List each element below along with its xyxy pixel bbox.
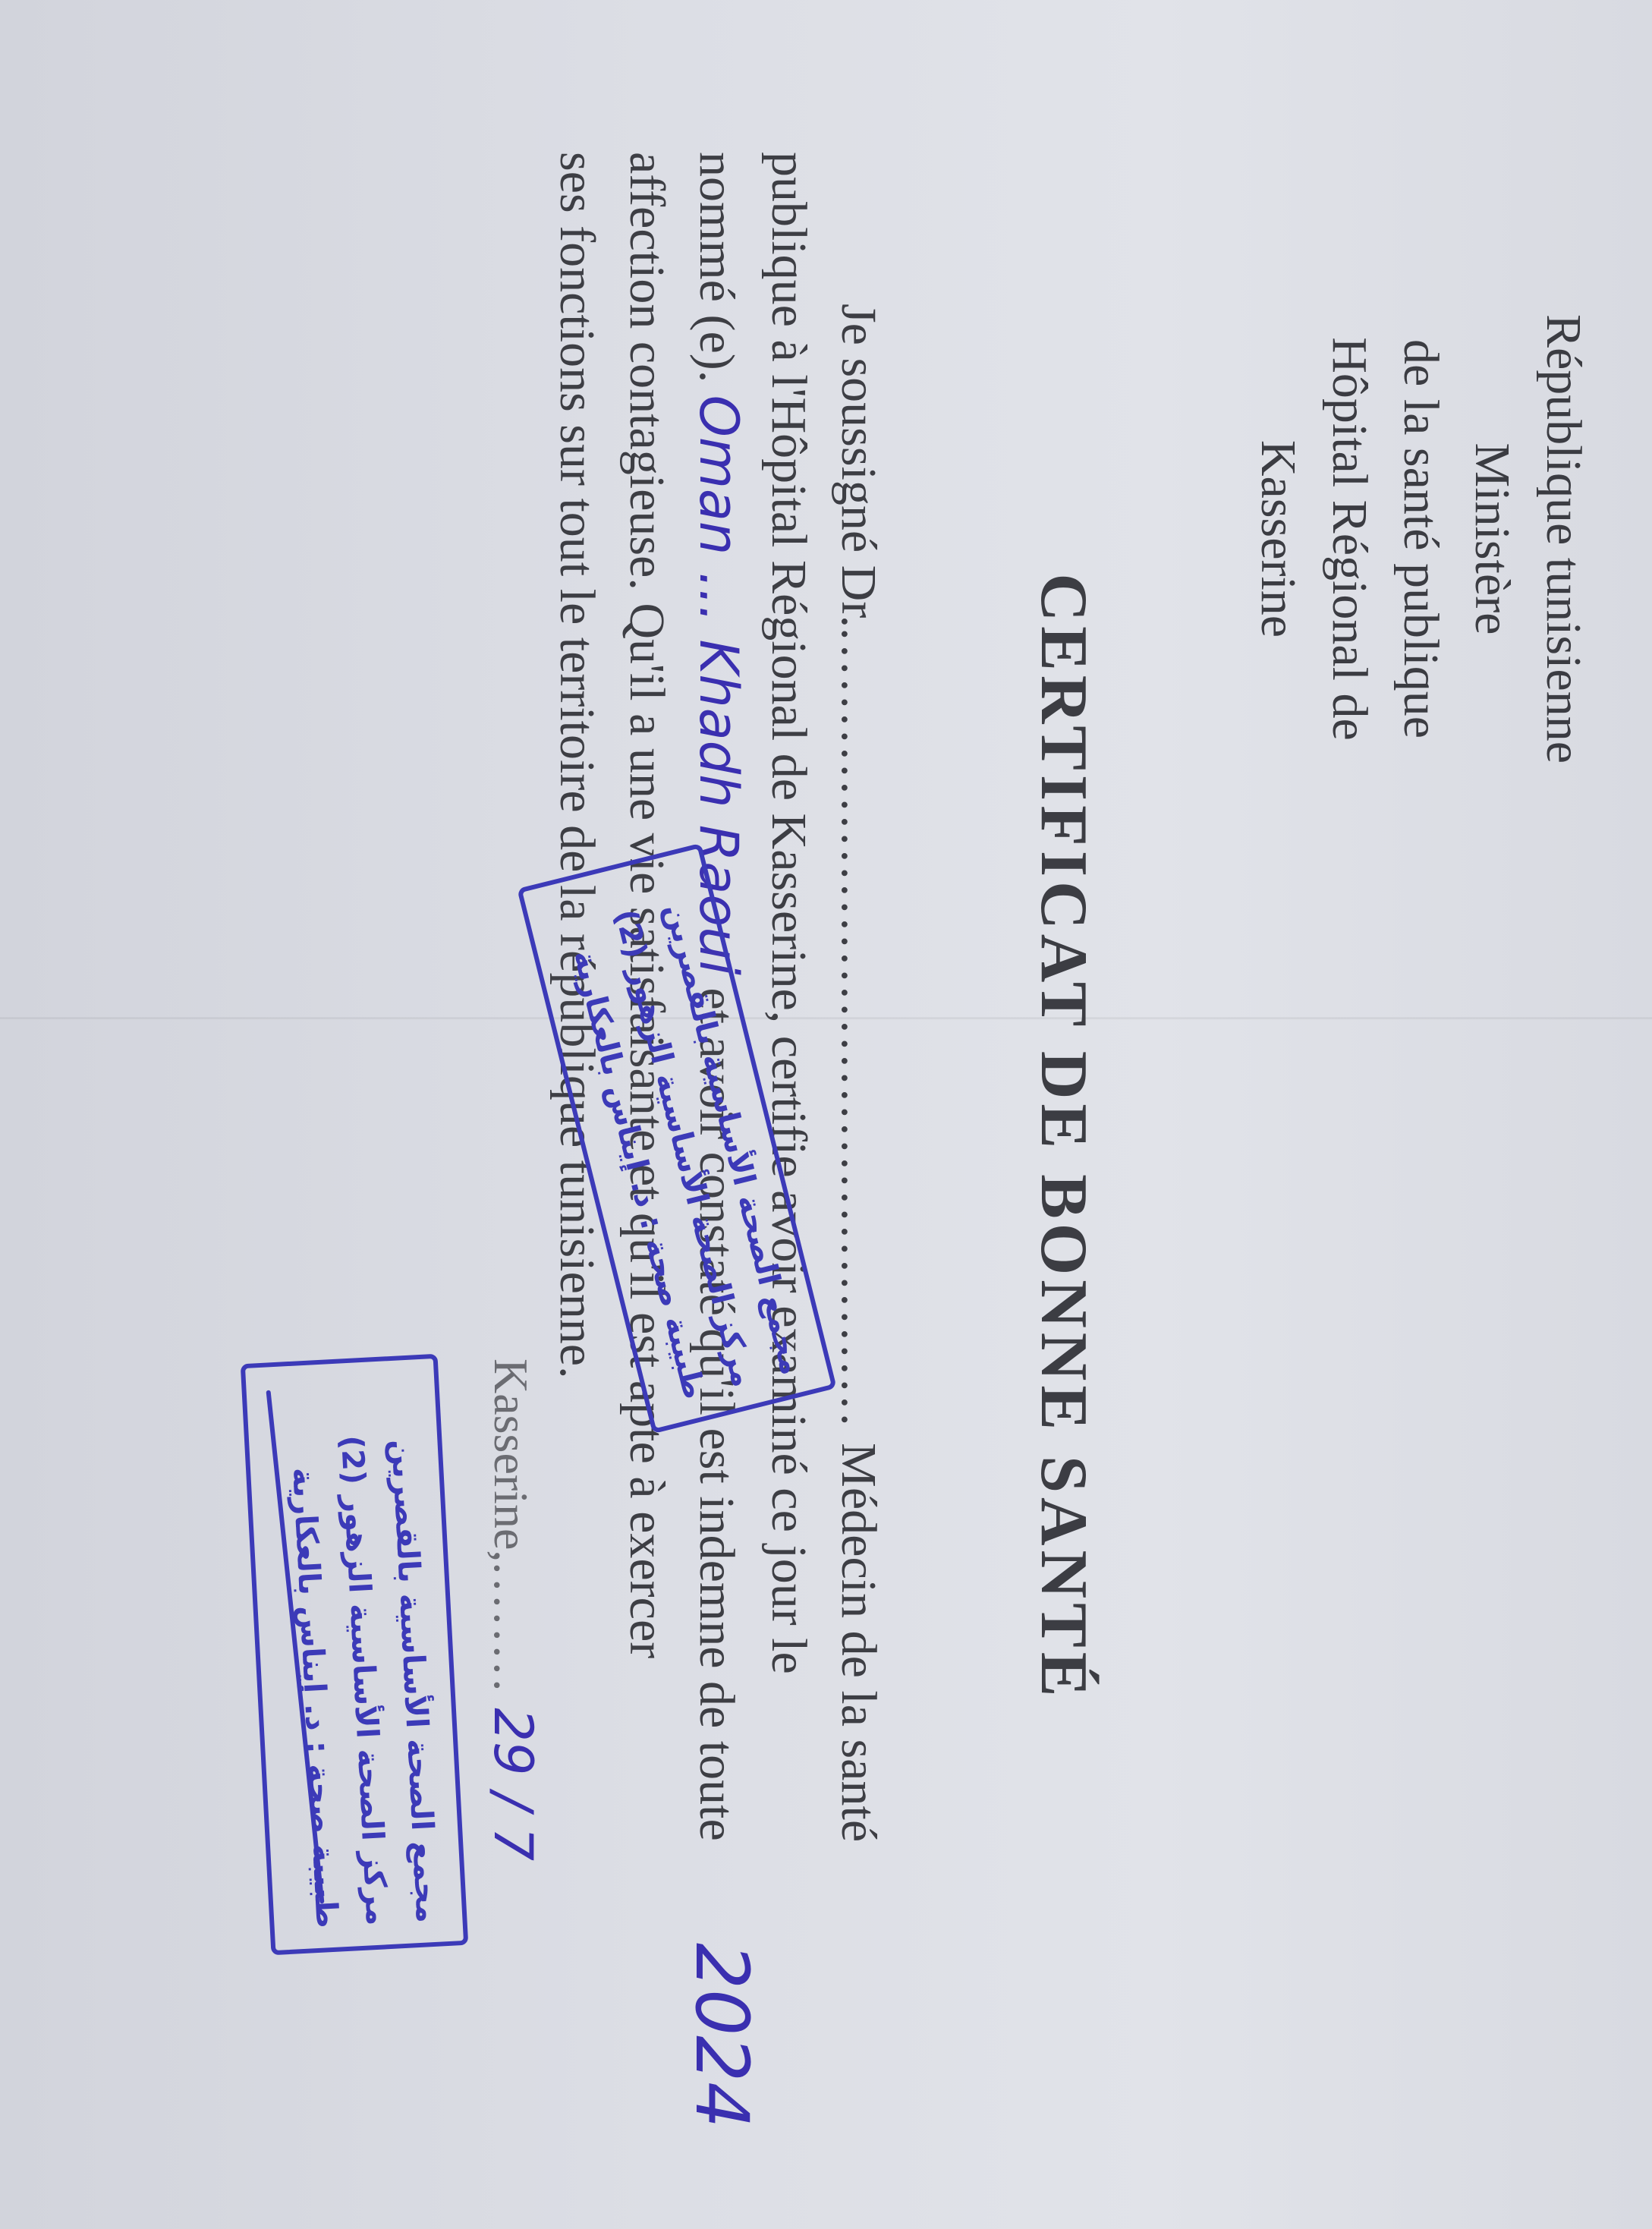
body-line: Je soussigné Dr.........................…	[823, 152, 893, 2102]
letterhead: République tunisienne Ministère de la sa…	[1242, 197, 1599, 880]
date-line: Kasserine,........ 29 / 7	[482, 1358, 544, 1861]
letterhead-line: Kasserine	[1242, 197, 1314, 880]
letterhead-line: Ministère	[1456, 197, 1528, 880]
doctor-name-blank: ........................................…	[831, 628, 886, 1431]
doctor-label: Je soussigné Dr.	[831, 304, 886, 628]
letterhead-line: Hôpital Régional de	[1314, 197, 1385, 880]
certificate-page: République tunisienne Ministère de la sa…	[0, 0, 1652, 2229]
doctor-title: Médecin de la santé	[831, 1443, 886, 1842]
date-handwritten: 29 / 7	[482, 1708, 544, 1861]
date-place: Kasserine,	[484, 1358, 538, 1562]
patient-label: nommé (e).	[689, 152, 744, 383]
letterhead-line: République tunisienne	[1528, 197, 1599, 880]
date-blank: ........	[484, 1562, 538, 1695]
date-year-handwritten: 2024	[679, 1943, 764, 2128]
document-title: CERTIFICAT DE BONNE SANTÉ	[1025, 0, 1102, 2229]
letterhead-line: de la santé publique	[1385, 197, 1456, 880]
